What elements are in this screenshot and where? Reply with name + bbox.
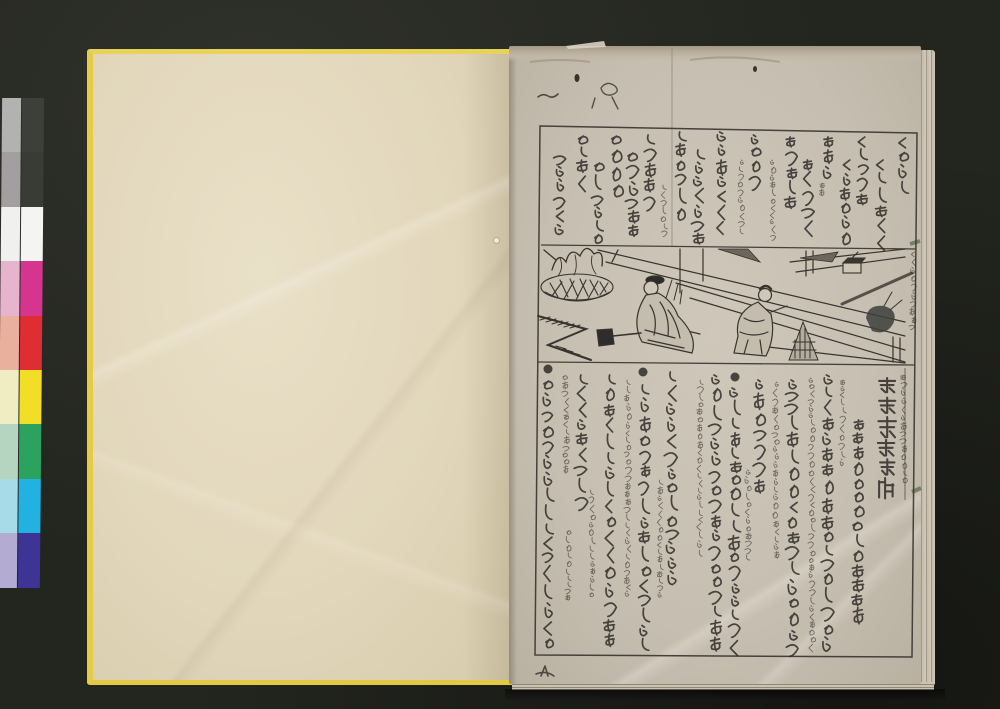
color-chart-row xyxy=(0,261,43,315)
color-chart-row xyxy=(1,207,44,261)
color-patch-dark xyxy=(22,98,44,152)
color-chart-row xyxy=(1,152,44,206)
color-patch-dark xyxy=(21,207,43,261)
right-page-printed xyxy=(509,46,921,684)
color-patch-dark xyxy=(19,370,41,424)
color-patch-dark xyxy=(18,533,40,587)
color-patch-light xyxy=(2,98,21,152)
color-chart-row xyxy=(0,533,41,587)
color-patch-dark xyxy=(21,152,43,206)
page-stack-right-edge xyxy=(919,50,935,686)
book-shadow xyxy=(505,689,945,701)
color-chart-row xyxy=(0,424,42,478)
color-patch-light xyxy=(1,207,20,261)
color-patch-light xyxy=(1,152,20,206)
color-patch-dark xyxy=(19,424,41,478)
color-patch-dark xyxy=(18,479,40,533)
color-chart-row xyxy=(0,370,43,424)
color-patch-light xyxy=(0,424,18,478)
worm-hole xyxy=(494,238,499,243)
color-chart xyxy=(0,98,45,588)
color-patch-dark xyxy=(20,316,42,370)
color-chart-row xyxy=(2,98,45,152)
color-patch-light xyxy=(0,370,19,424)
color-patch-dark xyxy=(20,261,42,315)
color-patch-light xyxy=(0,479,18,533)
color-patch-light xyxy=(0,261,19,315)
color-chart-row xyxy=(0,479,42,533)
color-chart-row xyxy=(0,316,43,370)
color-patch-light xyxy=(0,533,17,587)
left-page-blank xyxy=(87,49,513,685)
color-patch-light xyxy=(0,316,19,370)
